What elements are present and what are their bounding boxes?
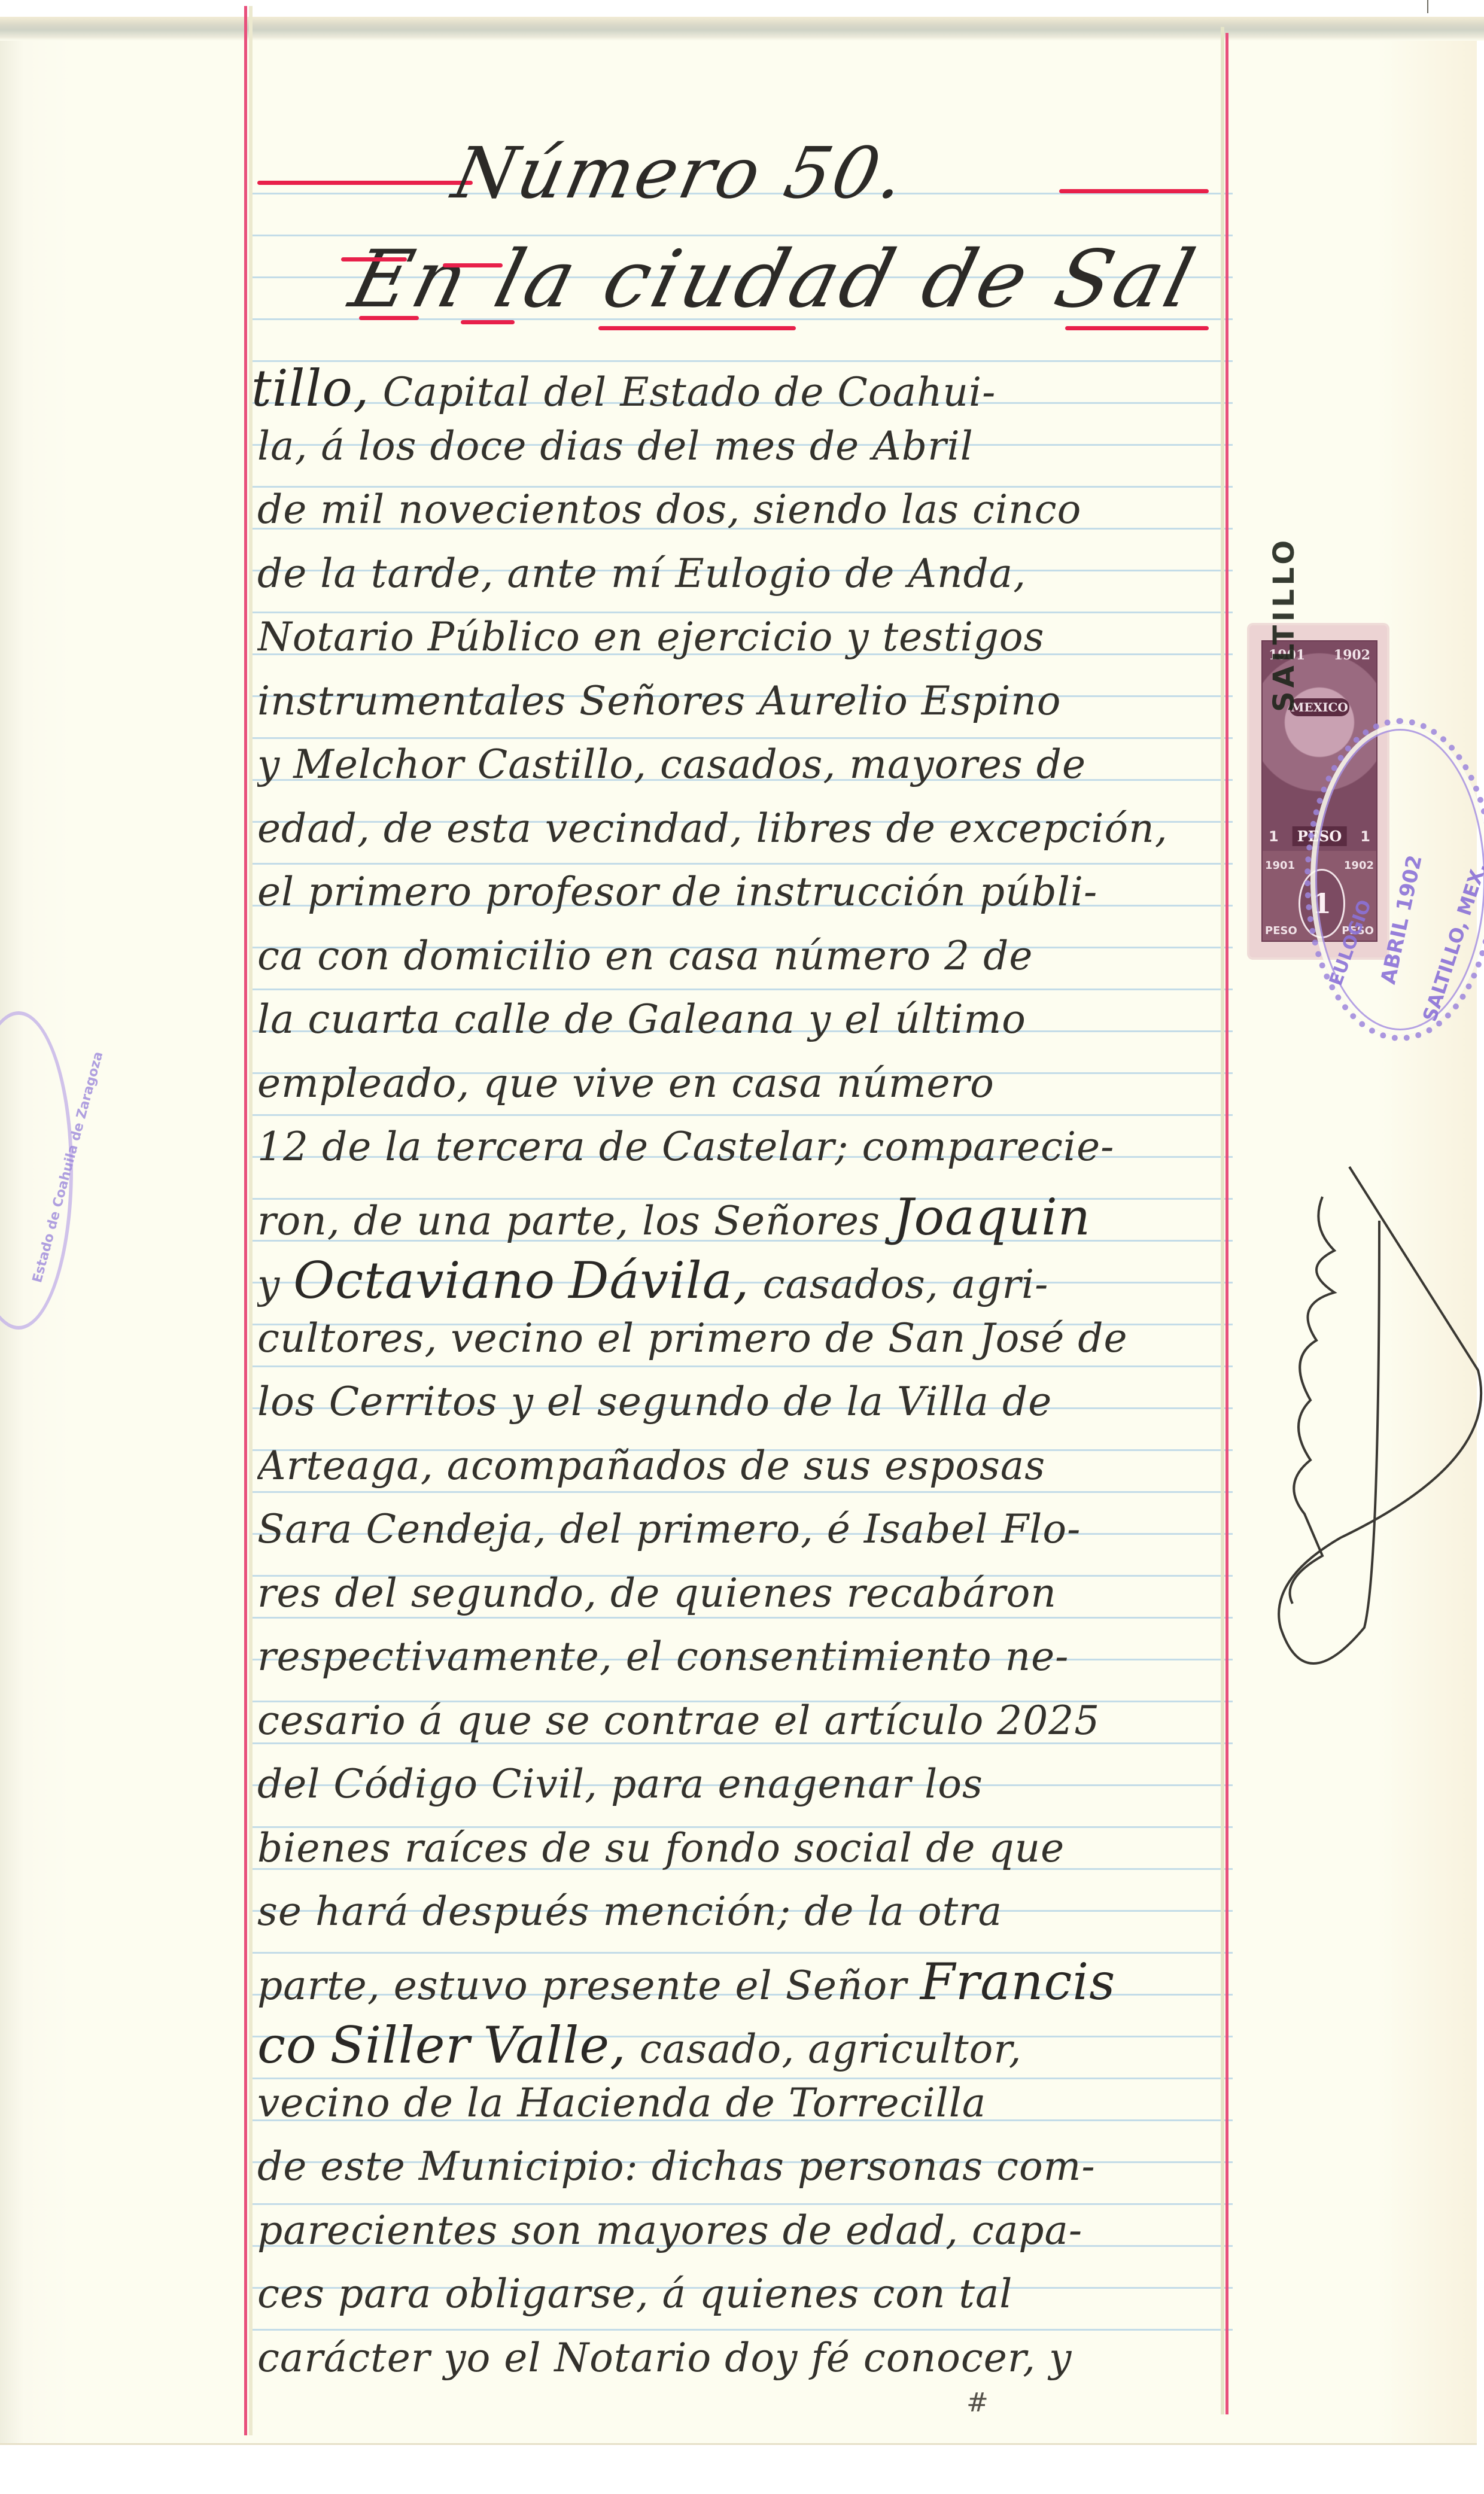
opening-underline-sal [1065,326,1209,330]
document-line: parte, estuvo presente el Señor Francis [257,1952,1221,2011]
document-line: Arteaga, acompañados de sus esposas [257,1443,1221,1489]
document-line: ron, de una parte, los Señores Joaquin [257,1188,1221,1246]
notary-seal [1304,718,1484,1041]
document-line: bienes raíces de su fondo social de que [257,1825,1221,1871]
document-line: los Cerritos y el segundo de la Villa de [257,1379,1221,1425]
ruled-line [251,1114,1233,1116]
document-line: la cuarta calle de Galeana y el último [257,996,1221,1042]
document-line: instrumentales Señores Aurelio Espino [257,678,1221,724]
document-line: ca con domicilio en casa número 2 de [257,933,1221,979]
word: los [642,1198,701,1244]
opening-overline-la [341,257,407,261]
page-top-edge [0,17,1484,41]
document-line: vecino de la Hacienda de Torrecilla [257,2080,1221,2126]
opening-underline-ciudad [598,326,796,330]
ruled-line [251,1617,1233,1619]
document-line: cultores, vecino el primero de San José … [257,1315,1221,1361]
document-line: el primero profesor de instrucción públi… [257,869,1221,915]
right-margin-rule [1225,33,1228,2414]
document-number-heading: Número 50. [446,132,914,214]
document-line: y Octaviano Dávila, casados, agri- [257,1251,1221,1310]
opening-phrase: En la ciudad de Sal [342,233,1206,326]
word: una [416,1198,492,1244]
talon-year-left: 1901 [1265,859,1295,872]
document-line: cesario á que se contrae el artículo 202… [257,1698,1221,1744]
heading-rule-right [1059,189,1209,193]
word: presente [542,1963,722,2009]
left-margin-rule [244,6,247,2435]
heading-rule-left [257,181,473,185]
document-line: edad, de esta vecindad, libres de excepc… [257,805,1221,851]
emphasized-name: Francis [920,1952,1116,2011]
opening-underline-en [359,316,419,320]
document-line: co Siller Valle, casado, agricultor, [257,2016,1221,2075]
document-line: Sara Cendeja, del primero, é Isabel Flo- [257,1506,1221,1552]
word: agri- [952,1261,1049,1307]
stamp-year-right: 1902 [1334,647,1370,663]
document-line: de la tarde, ante mí Eulogio de Anda, [257,550,1221,597]
word: agricultor, [808,2026,1021,2072]
word: Coahui- [837,369,996,415]
marginal-signature: Corregido [1245,1149,1484,1783]
word: Estado [620,369,761,415]
talon-peso-left: PESO [1265,924,1297,937]
document-line: de mil novecientos dos, siendo las cinco [257,486,1221,533]
document-line: 12 de la tercera de Castelar; comparecie… [257,1124,1221,1170]
document-line: carácter yo el Notario doy fé conocer, y [257,2335,1221,2381]
ruled-line [251,1491,1233,1493]
ruled-line [251,612,1233,613]
word: el [735,1963,773,2009]
emphasized-name: Siller [330,2016,470,2075]
word: de [354,1198,403,1244]
document-line: empleado, que vive en casa número [257,1060,1221,1106]
ruled-line [251,989,1233,990]
emphasized-name: Octaviano [293,1251,555,1310]
document-line: la, á los doce dias del mes de Abril [257,423,1221,469]
document-line: tillo, Capital del Estado de Coahui- [251,359,1215,418]
word: Señores [714,1198,880,1244]
word: y [257,1261,280,1307]
document-line: de este Municipio: dichas personas com- [257,2143,1221,2189]
ruled-line [251,737,1233,739]
emphasized-name: Joaquin [893,1188,1091,1246]
opening-overline-ciudad [443,263,503,267]
document-line: y Melchor Castillo, casados, mayores de [257,741,1221,787]
word: estuvo [394,1963,528,2009]
document-line: ces para obligarse, á quienes con tal [257,2271,1221,2317]
word: parte, [257,1963,381,2009]
stamp-overprint-saltillo: SALTILLO [1267,537,1301,712]
stamp-numeral-left: 1 [1269,828,1279,845]
word: ron, [257,1198,340,1244]
word: casado, [640,2026,795,2072]
document-line: respectivamente, el consentimiento ne- [257,1634,1221,1680]
ruled-line [251,2203,1233,2205]
page-mark: # [966,2387,989,2418]
emphasized-name: Valle, [483,2016,627,2075]
document-line: se hará después mención; de la otra [257,1888,1221,1935]
emphasized-name: Dávila, [568,1251,749,1310]
emphasized-name: co [257,2016,317,2075]
ruled-line [251,863,1233,865]
document-line: parecientes son mayores de edad, capa- [257,2207,1221,2253]
word: Señor [786,1963,907,2009]
opening-underline-la [461,320,515,324]
document-line: Notario Público en ejercicio y testigos [257,614,1221,660]
word: Capital [383,369,531,415]
right-margin-shadow [1221,27,1224,2414]
ruled-line [251,2329,1233,2331]
word: parte, [506,1198,629,1244]
document-line: res del segundo, de quienes recabáron [257,1570,1221,1616]
word: del [544,369,607,415]
ruled-line [251,1365,1233,1367]
word: casados, [762,1261,938,1307]
corner-crease [1427,0,1428,13]
document-line: del Código Civil, para enagenar los [257,1761,1221,1807]
emphasized-name: tillo, [251,359,370,418]
word: de [774,369,824,415]
